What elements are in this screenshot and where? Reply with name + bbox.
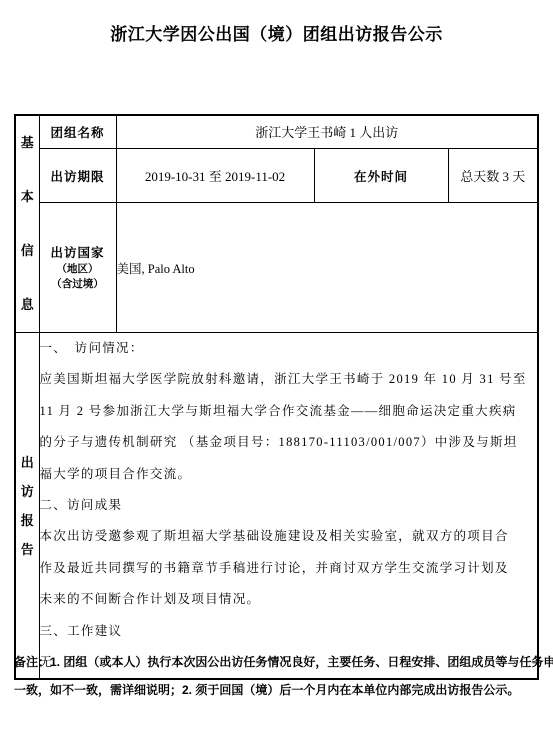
row-countries: 出访国家 （地区） （含过境） 美国, Palo Alto <box>15 203 538 333</box>
document-page: { "colors": { "background": "#ffffff", "… <box>0 25 553 743</box>
report-content: 一、 访问情况： 应美国斯坦福大学医学院放射科邀请，浙江大学王书崎于 2019 … <box>39 333 538 680</box>
row-group-name: 基 本 信 息 团组名称 浙江大学王书崎 1 人出访 <box>15 115 538 148</box>
row-report: 出 访 报 告 一、 访问情况： 应美国斯坦福大学医学院放射科邀请，浙江大学王书… <box>15 333 538 680</box>
visit-report-vertical-label: 出 访 报 告 <box>16 448 39 564</box>
countries-label: 出访国家 （地区） （含过境） <box>39 203 116 333</box>
duration-value: 总天数 3 天 <box>448 148 538 203</box>
report-line: 福大学的项目合作交流。 <box>40 459 538 490</box>
vertical-char: 信 <box>21 224 34 278</box>
report-form-table: 基 本 信 息 团组名称 浙江大学王书崎 1 人出访 出访期限 2019-10-… <box>14 114 539 680</box>
group-name-label: 团组名称 <box>39 115 116 148</box>
remarks: 备注：1. 团组（或本人）执行本次因公出访任务情况良好，主要任务、日程安排、团组… <box>14 648 541 704</box>
basic-info-vertical-label: 基 本 信 息 <box>16 116 39 332</box>
report-line: 本次出访受邀参观了斯坦福大学基础设施建设及相关实验室，就双方的项目合 <box>40 521 538 552</box>
remarks-line: 备注：1. 团组（或本人）执行本次因公出访任务情况良好，主要任务、日程安排、团组… <box>14 648 541 676</box>
countries-value: 美国, Palo Alto <box>116 203 538 333</box>
report-line: 二、访问成果 <box>40 490 538 521</box>
report-line: 11 月 2 号参加浙江大学与斯坦福大学合作交流基金——细胞命运决定重大疾病 <box>40 396 538 427</box>
countries-sublabel-region: （地区） <box>40 262 116 277</box>
vertical-char: 息 <box>21 278 34 332</box>
vertical-char: 报 <box>21 506 34 535</box>
period-value: 2019-10-31 至 2019-11-02 <box>116 148 314 203</box>
report-line: 作及最近共同撰写的书籍章节手稿进行讨论，并商讨双方学生交流学习计划及 <box>40 553 538 584</box>
section-header-visit-report: 出 访 报 告 <box>15 333 39 680</box>
vertical-char: 访 <box>21 477 34 506</box>
countries-sublabel-transit: （含过境） <box>40 277 116 292</box>
section-header-basic-info: 基 本 信 息 <box>15 115 39 333</box>
report-line: 一、 访问情况： <box>40 333 538 364</box>
report-line: 三、工作建议 <box>40 616 538 647</box>
report-line: 未来的不间断合作计划及项目情况。 <box>40 584 538 615</box>
page-title: 浙江大学因公出国（境）团组出访报告公示 <box>0 25 553 45</box>
report-line: 应美国斯坦福大学医学院放射科邀请，浙江大学王书崎于 2019 年 10 月 31… <box>40 364 538 395</box>
vertical-char: 基 <box>21 116 34 170</box>
row-period: 出访期限 2019-10-31 至 2019-11-02 在外时间 总天数 3 … <box>15 148 538 203</box>
countries-label-main: 出访国家 <box>40 244 116 262</box>
vertical-char: 本 <box>21 170 34 224</box>
period-label: 出访期限 <box>39 148 116 203</box>
duration-label: 在外时间 <box>314 148 448 203</box>
report-line: 的分子与遗传机制研究 （基金项目号：188170-11103/001/007）中… <box>40 427 538 458</box>
group-name-value: 浙江大学王书崎 1 人出访 <box>116 115 538 148</box>
vertical-char: 出 <box>21 448 34 477</box>
remarks-line: 一致，如不一致，需详细说明；2. 须于回国（境）后一个月内在本单位内部完成出访报… <box>14 676 541 704</box>
vertical-char: 告 <box>21 535 34 564</box>
